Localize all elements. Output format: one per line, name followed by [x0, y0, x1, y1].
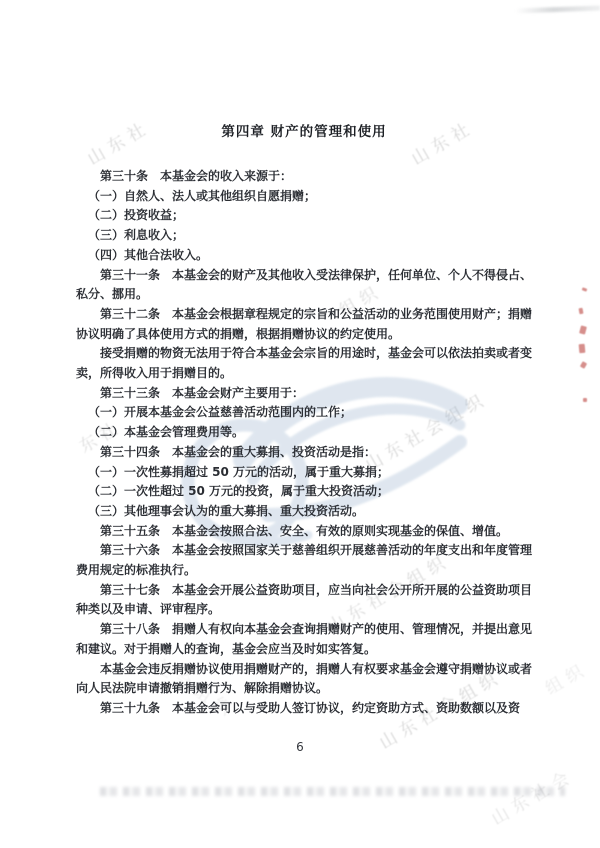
list-item-paragraph: （二）投资收益； — [76, 206, 532, 226]
article-paragraph: 第三十五条 本基金会按照合法、安全、有效的原则实现基金的保值、增值。 — [76, 522, 532, 542]
article-paragraph: 第三十六条 本基金会按照国家关于慈善组织开展慈善活动的年度支出和年度管理费用规定… — [76, 541, 532, 580]
list-item-paragraph: （二）一次性超过 50 万元的投资，属于重大投资活动； — [76, 482, 532, 502]
stamp-mark — [579, 344, 586, 353]
article-paragraph: 第三十二条 本基金会根据章程规定的宗旨和公益活动的业务范围使用财产；捐赠协议明确… — [76, 305, 532, 344]
document-content: 第四章 财产的管理和使用 第三十条 本基金会的收入来源于：（一）自然人、法人或其… — [76, 124, 532, 719]
chapter-title: 第四章 财产的管理和使用 — [76, 124, 532, 141]
list-item-paragraph: （二）本基金会管理费用等。 — [76, 423, 532, 443]
article-paragraph: 本基金会违反捐赠协议使用捐赠财产的，捐赠人有权要求基金会遵守捐赠协议或者向人民法… — [76, 660, 532, 699]
stamp-mark — [580, 361, 587, 369]
bleed-through-artifact — [100, 787, 565, 796]
list-item-paragraph: （三）利息收入； — [76, 226, 532, 246]
article-paragraph: 第三十九条 本基金会可以与受助人签订协议，约定资助方式、资助数额以及资 — [76, 699, 532, 719]
stamp-mark — [582, 287, 588, 292]
list-item-paragraph: （四）其他合法收入。 — [76, 246, 532, 266]
article-paragraph: 第三十七条 本基金会开展公益资助项目，应当向社会公开所开展的公益资助项目种类以及… — [76, 581, 532, 620]
scan-streak-artifact — [515, 6, 600, 14]
article-paragraph: 第三十一条 本基金会的财产及其他收入受法律保护，任何单位、个人不得侵占、私分、挪… — [76, 266, 532, 305]
list-item-paragraph: （三）其他理事会认为的重大募捐、重大投资活动。 — [76, 502, 532, 522]
red-stamp-fragment — [576, 284, 592, 406]
watermark-text: 组织 — [540, 655, 592, 700]
list-item-paragraph: （一）开展本基金会公益慈善活动范围内的工作； — [76, 403, 532, 423]
paragraph-list: 第三十条 本基金会的收入来源于：（一）自然人、法人或其他组织自愿捐赠；（二）投资… — [76, 167, 532, 719]
article-paragraph: 第三十三条 本基金会财产主要用于： — [76, 384, 532, 404]
list-item-paragraph: （一）一次性募捐超过 50 万元的活动，属于重大募捐； — [76, 463, 532, 483]
stamp-mark — [583, 398, 587, 402]
stamp-mark — [579, 325, 587, 334]
list-item-paragraph: （一）自然人、法人或其他组织自愿捐赠； — [76, 187, 532, 207]
stamp-mark — [579, 308, 584, 315]
document-page: 山东社山东社东社组织山东社会组织山东社会组织社会组织山东社会组织山东社会组织 第… — [0, 0, 600, 848]
page-number: 6 — [0, 740, 600, 754]
article-paragraph: 第三十条 本基金会的收入来源于： — [76, 167, 532, 187]
article-paragraph: 第三十四条 本基金会的重大募捐、投资活动是指： — [76, 443, 532, 463]
article-paragraph: 接受捐赠的物资无法用于符合本基金会宗旨的用途时，基金会可以依法拍卖或者变卖，所得… — [76, 344, 532, 383]
article-paragraph: 第三十八条 捐赠人有权向本基金会查询捐赠财产的使用、管理情况，并提出意见和建议。… — [76, 620, 532, 659]
